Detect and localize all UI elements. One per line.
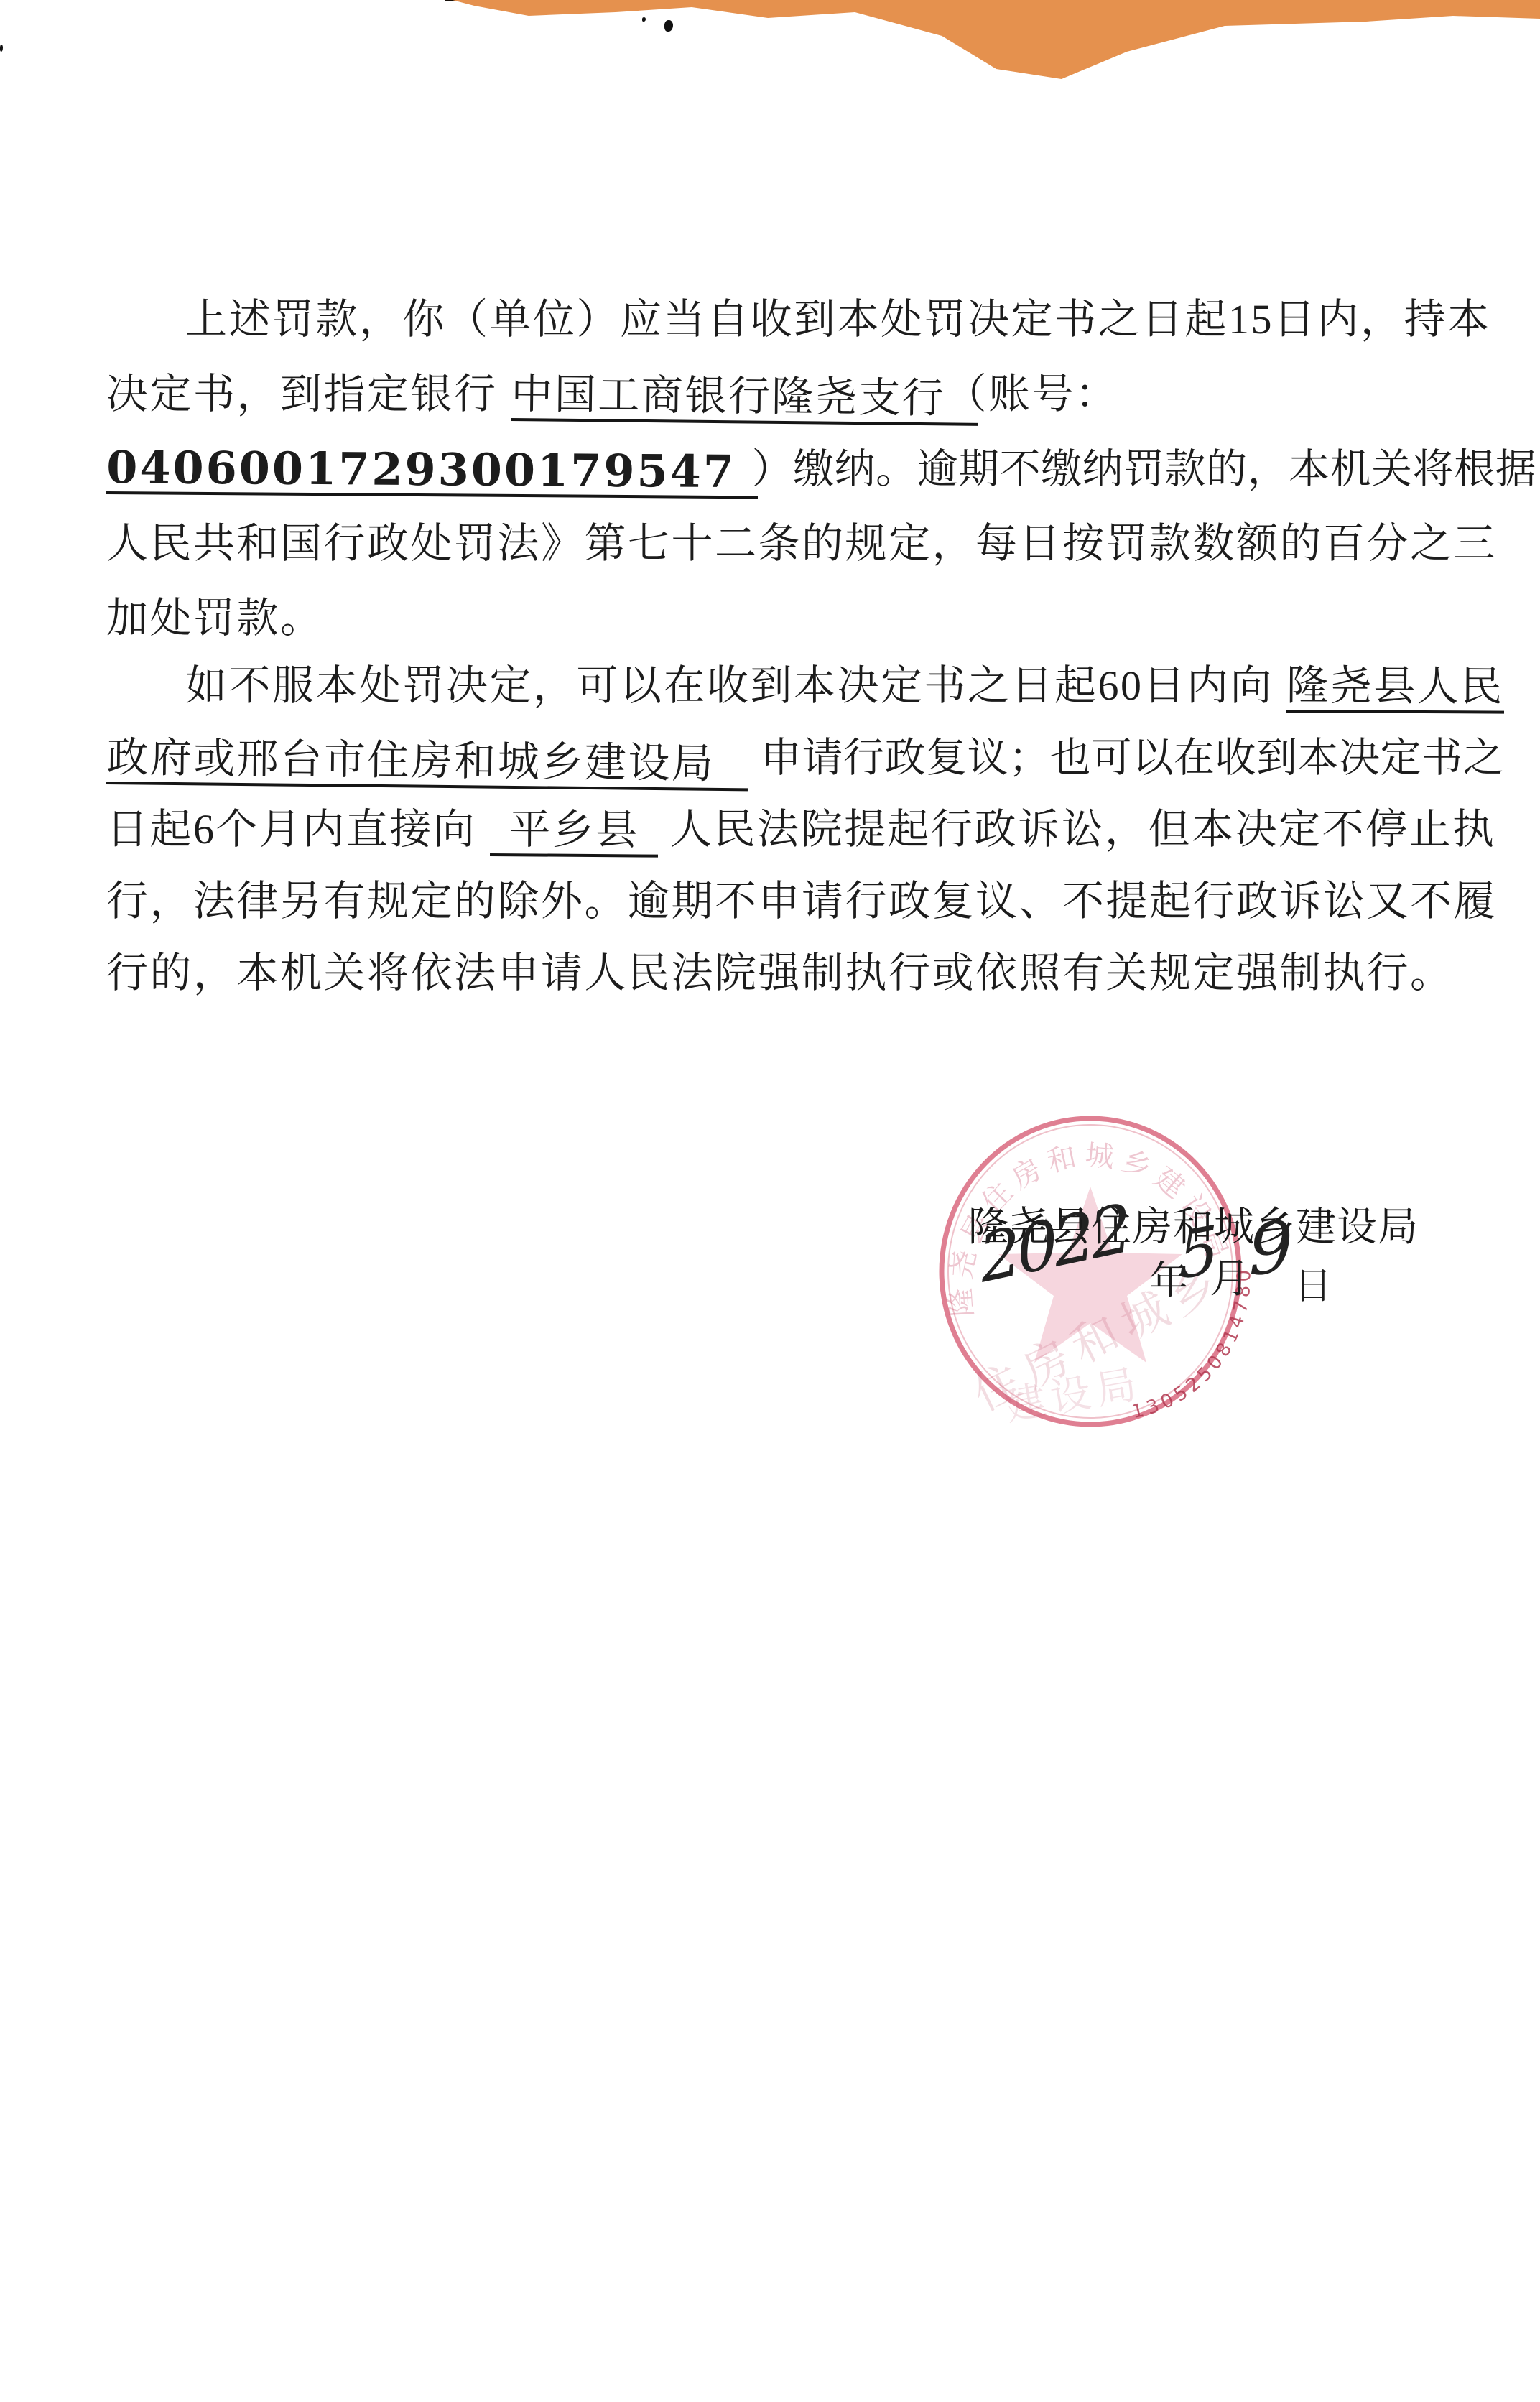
text-segment: 加处罚款。 — [106, 595, 324, 641]
month-label: 月 — [1210, 1247, 1250, 1304]
text-segment: 如不服本处罚决定，可以在收到本决定书之日起60日内向 — [185, 662, 1274, 709]
scan-edge-orange-band — [453, 0, 1540, 86]
blank-fill-bank-name: 中国工商银行隆尧支行 — [511, 371, 979, 426]
text-line: 加处罚款。 — [106, 592, 1507, 645]
text-segment: 决定书，到指定银行 — [106, 371, 498, 417]
blank-fill-account-number: 0406001729300179547 — [106, 444, 758, 499]
text-segment: 人民法院提起行政诉讼，但本决定不停止执 — [670, 806, 1496, 853]
text-segment: 日起6个月内直接向 — [106, 806, 477, 853]
text-line: 人民共和国行政处罚法》第七十二条的规定，每日按罚款数额的百分之三 — [106, 517, 1507, 570]
blank-fill-court-name: 平乡县 — [490, 806, 658, 858]
text-segment: 申请行政复议；也可以在收到本决定书之 — [761, 736, 1504, 781]
scanned-document-page: 上述罚款，你（单位）应当自收到本处罚决定书之日起15日内，持本 决定书，到指定银… — [0, 0, 1540, 2402]
text-line: 决定书，到指定银行中国工商银行隆尧支行（账号： — [106, 368, 1507, 421]
day-label: 日 — [1294, 1256, 1332, 1309]
text-line: 日起6个月内直接向平乡县人民法院提起行政诉讼，但本决定不停止执 — [106, 803, 1507, 856]
text-line: 行，法律另有规定的除外。逾期不申请行政复议、不提起行政诉讼又不履 — [106, 875, 1507, 928]
blank-fill-review-organ-2: 政府或邢台市住房和城乡建设局 — [106, 734, 748, 791]
ink-speck-large — [664, 20, 673, 32]
text-line: 行的，本机关将依法申请人民法院强制执行或依照有关规定强制执行。 — [106, 947, 1507, 1000]
text-segment: 行，法律另有规定的除外。逾期不申请行政复议、不提起行政诉讼又不履 — [106, 878, 1497, 924]
text-segment: 人民共和国行政处罚法》第七十二条的规定，每日按罚款数额的百分之三 — [106, 520, 1497, 567]
text-line: 上述罚款，你（单位）应当自收到本处罚决定书之日起15日内，持本 — [106, 293, 1540, 346]
text-segment: 上述罚款，你（单位）应当自收到本处罚决定书之日起15日内，持本 — [185, 296, 1491, 343]
blank-fill-review-organ-1: 隆尧县人民 — [1286, 662, 1504, 714]
ink-speck-edge — [0, 45, 3, 52]
text-line: 0406001729300179547）缴纳。逾期不缴纳罚款的，本机关将根据《中… — [106, 442, 1507, 496]
ink-speck-small — [642, 17, 646, 22]
text-segment: ）缴纳。逾期不缴纳罚款的，本机关将根据《中华 — [752, 447, 1540, 492]
text-line: 如不服本处罚决定，可以在收到本决定书之日起60日内向隆尧县人民 — [106, 659, 1540, 713]
text-segment: 行的，本机关将依法申请人民法院强制执行或依照有关规定强制执行。 — [106, 950, 1454, 996]
handwritten-day: 9 — [1248, 1206, 1294, 1292]
text-line: 政府或邢台市住房和城乡建设局申请行政复议；也可以在收到本决定书之 — [106, 731, 1507, 785]
